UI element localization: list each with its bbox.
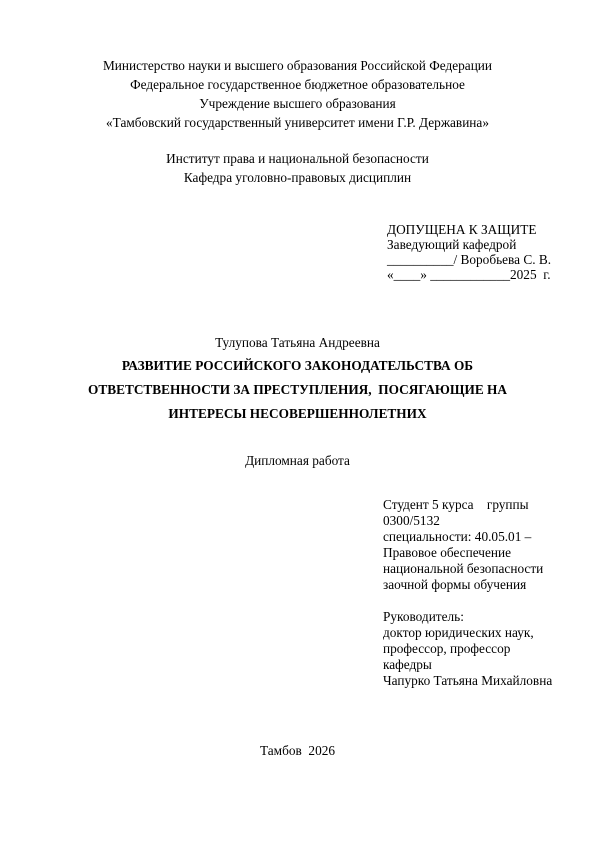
supervisor-info-line: Чапурко Татьяна Михайловна <box>383 673 552 689</box>
supervisor-info-line: кафедры <box>383 657 432 673</box>
institution-level-line: Учреждение высшего образования <box>0 96 595 112</box>
approval-title: ДОПУЩЕНА К ЗАЩИТЕ <box>387 222 536 238</box>
footer-city-year: Тамбов 2026 <box>0 743 595 759</box>
student-info-line: специальности: 40.05.01 – <box>383 529 531 545</box>
thesis-title-line: РАЗВИТИЕ РОССИЙСКОГО ЗАКОНОДАТЕЛЬСТВА ОБ <box>0 358 595 374</box>
department-line: Кафедра уголовно-правовых дисциплин <box>0 170 595 186</box>
work-type: Дипломная работа <box>0 453 595 469</box>
student-info-line: 0300/5132 <box>383 513 440 529</box>
approval-role: Заведующий кафедрой <box>387 237 516 253</box>
approval-signature: __________/ Воробьева С. В. <box>387 252 551 268</box>
supervisor-info-line: профессор, профессор <box>383 641 510 657</box>
student-info-line: национальной безопасности <box>383 561 543 577</box>
supervisor-info-line: доктор юридических наук, <box>383 625 534 641</box>
university-line: «Тамбовский государственный университет … <box>0 115 595 131</box>
supervisor-info-line: Руководитель: <box>383 609 464 625</box>
thesis-title-line: ОТВЕТСТВЕННОСТИ ЗА ПРЕСТУПЛЕНИЯ, ПОСЯГАЮ… <box>0 382 595 398</box>
student-info-line: Правовое обеспечение <box>383 545 511 561</box>
institute-line: Институт права и национальной безопаснос… <box>0 151 595 167</box>
student-info-line: заочной формы обучения <box>383 577 526 593</box>
student-info-line: Студент 5 курса группы <box>383 497 529 513</box>
approval-date: «____» ____________2025 г. <box>387 267 551 283</box>
author-name: Тулупова Татьяна Андреевна <box>0 335 595 351</box>
ministry-line: Министерство науки и высшего образования… <box>0 58 595 74</box>
institution-type-line: Федеральное государственное бюджетное об… <box>0 77 595 93</box>
thesis-title-line: ИНТЕРЕСЫ НЕСОВЕРШЕННОЛЕТНИХ <box>0 406 595 422</box>
